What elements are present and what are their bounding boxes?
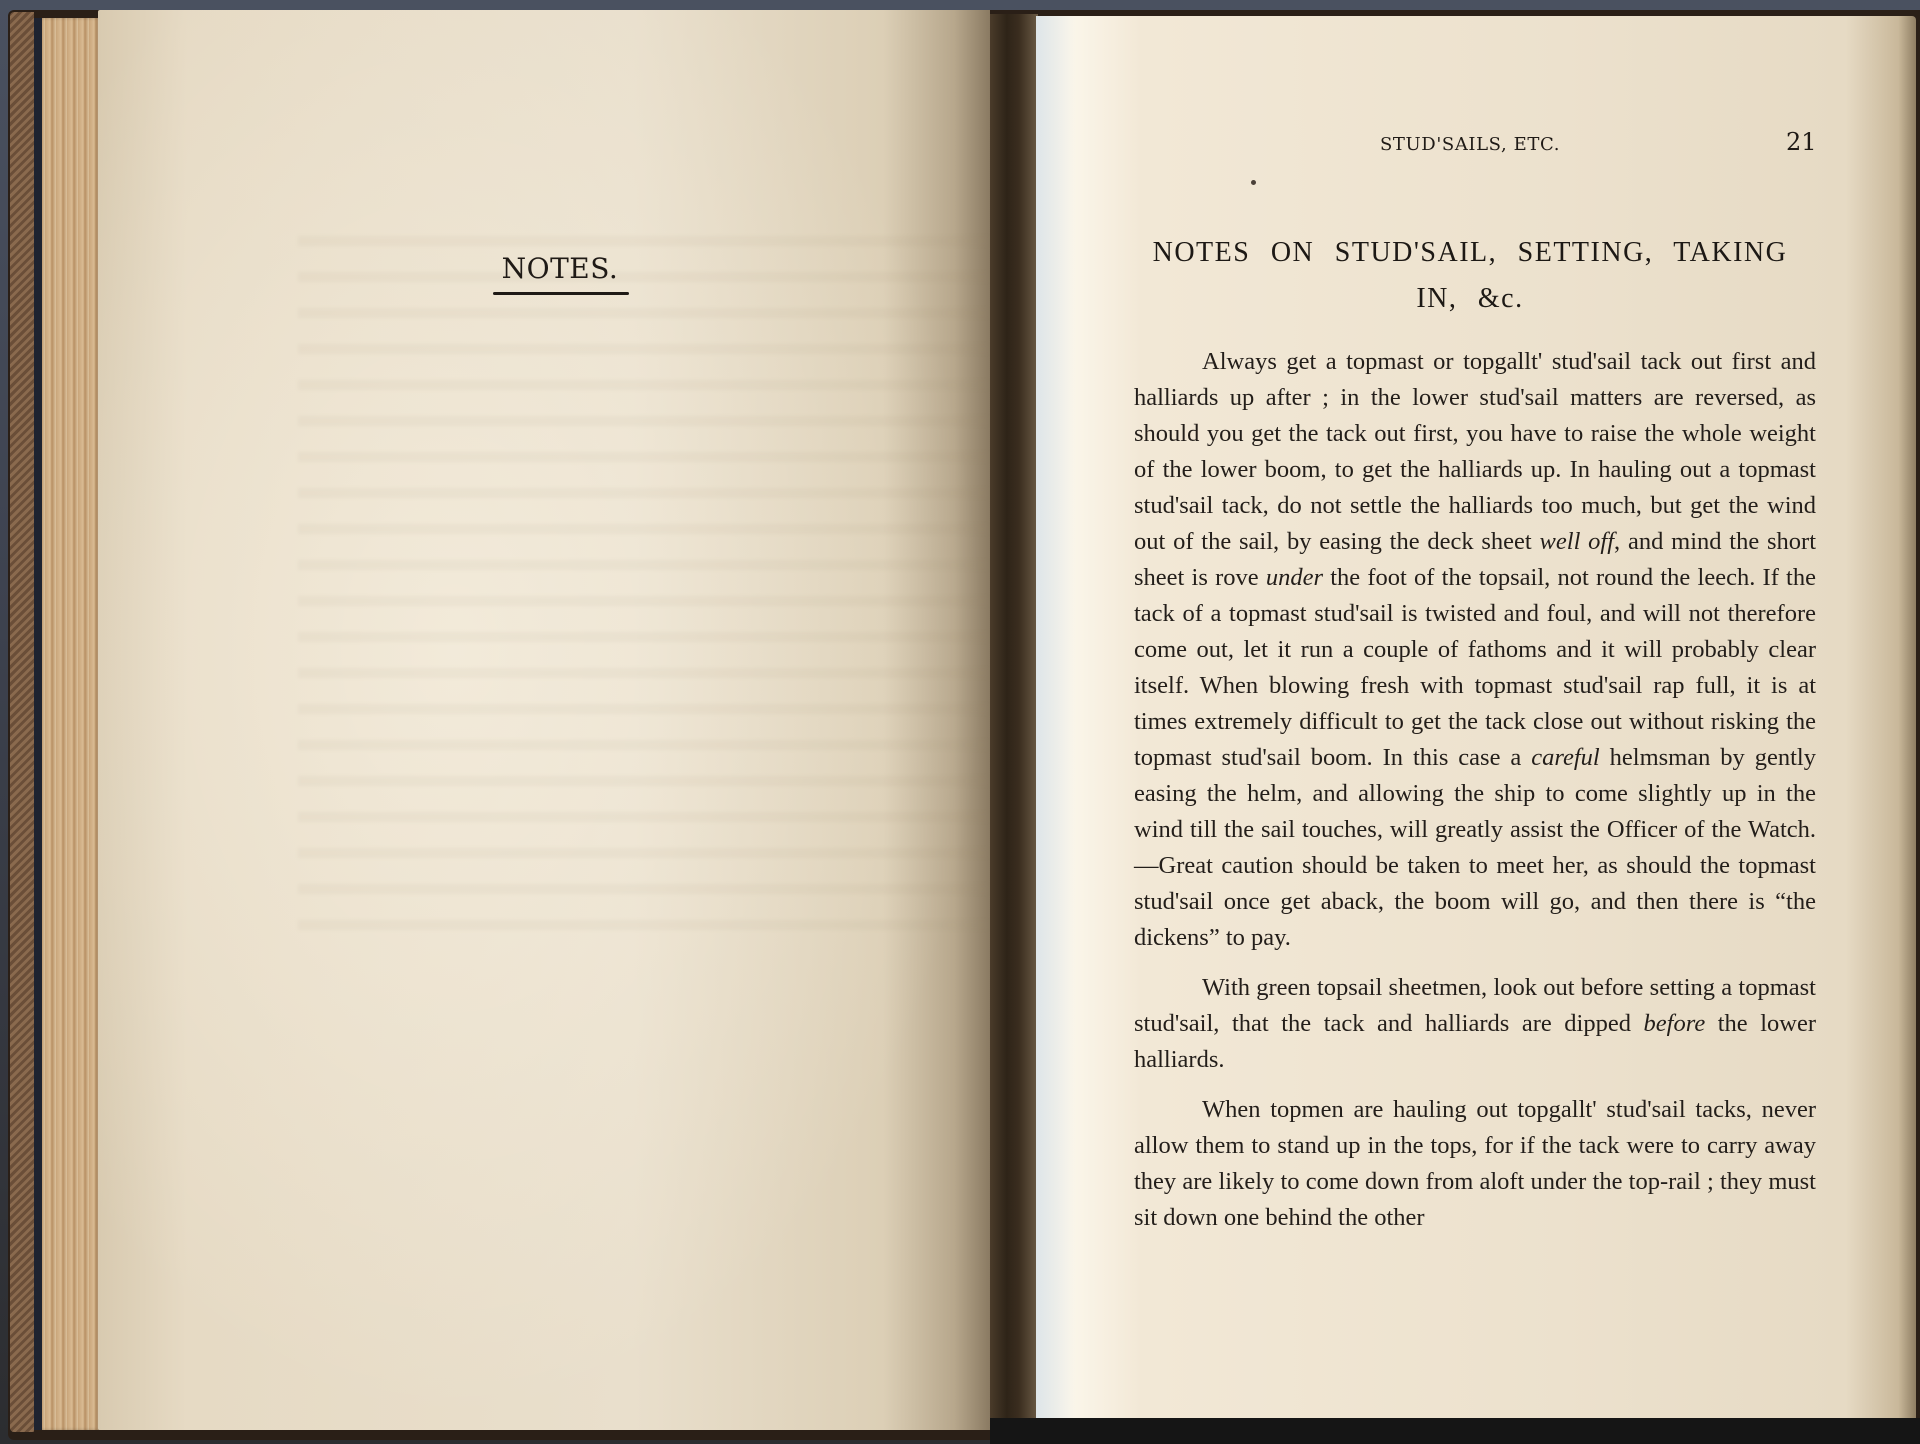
italic-emphasis: well off — [1540, 528, 1615, 555]
paragraph: With green topsail sheetmen, look out be… — [1134, 970, 1816, 1078]
notes-heading: NOTES. — [492, 252, 628, 285]
cover-cloth-edge — [10, 12, 34, 1432]
bleed-through-texture — [298, 210, 988, 930]
text-run: the foot of the topsail, not round the l… — [1134, 564, 1816, 771]
text-run: helmsman by gently easing the helm, and … — [1134, 744, 1816, 951]
text-run: When topmen are hauling out topgallt' st… — [1134, 1096, 1816, 1231]
italic-emphasis: under — [1266, 564, 1323, 591]
text-run: Always get a topmast or topgallt' stud's… — [1134, 348, 1816, 555]
ink-speck — [1251, 180, 1256, 185]
left-page — [98, 10, 990, 1430]
running-head: STUD'SAILS, ETC. — [1380, 134, 1560, 155]
page-stack-edge — [34, 18, 100, 1430]
italic-emphasis: careful — [1531, 744, 1600, 771]
chapter-title: NOTES ON STUD'SAIL, SETTING, TAKING IN, … — [1150, 230, 1790, 322]
chapter-title-line-1: NOTES ON STUD'SAIL, SETTING, TAKING — [1150, 230, 1790, 276]
paragraph: Always get a topmast or topgallt' stud's… — [1134, 344, 1816, 956]
page-bottom-shadow — [990, 1418, 1920, 1444]
paragraph: When topmen are hauling out topgallt' st… — [1134, 1092, 1816, 1236]
notes-underline — [493, 292, 629, 295]
italic-emphasis: before — [1644, 1010, 1706, 1037]
body-text: Always get a topmast or topgallt' stud's… — [1134, 344, 1816, 1250]
book-scan: NOTES. STUD'SAILS, ETC. 21 NOTES ON STUD… — [0, 0, 1920, 1444]
book-gutter — [990, 14, 1038, 1430]
page-number: 21 — [1786, 128, 1817, 156]
chapter-title-line-2: IN, &c. — [1150, 276, 1790, 322]
